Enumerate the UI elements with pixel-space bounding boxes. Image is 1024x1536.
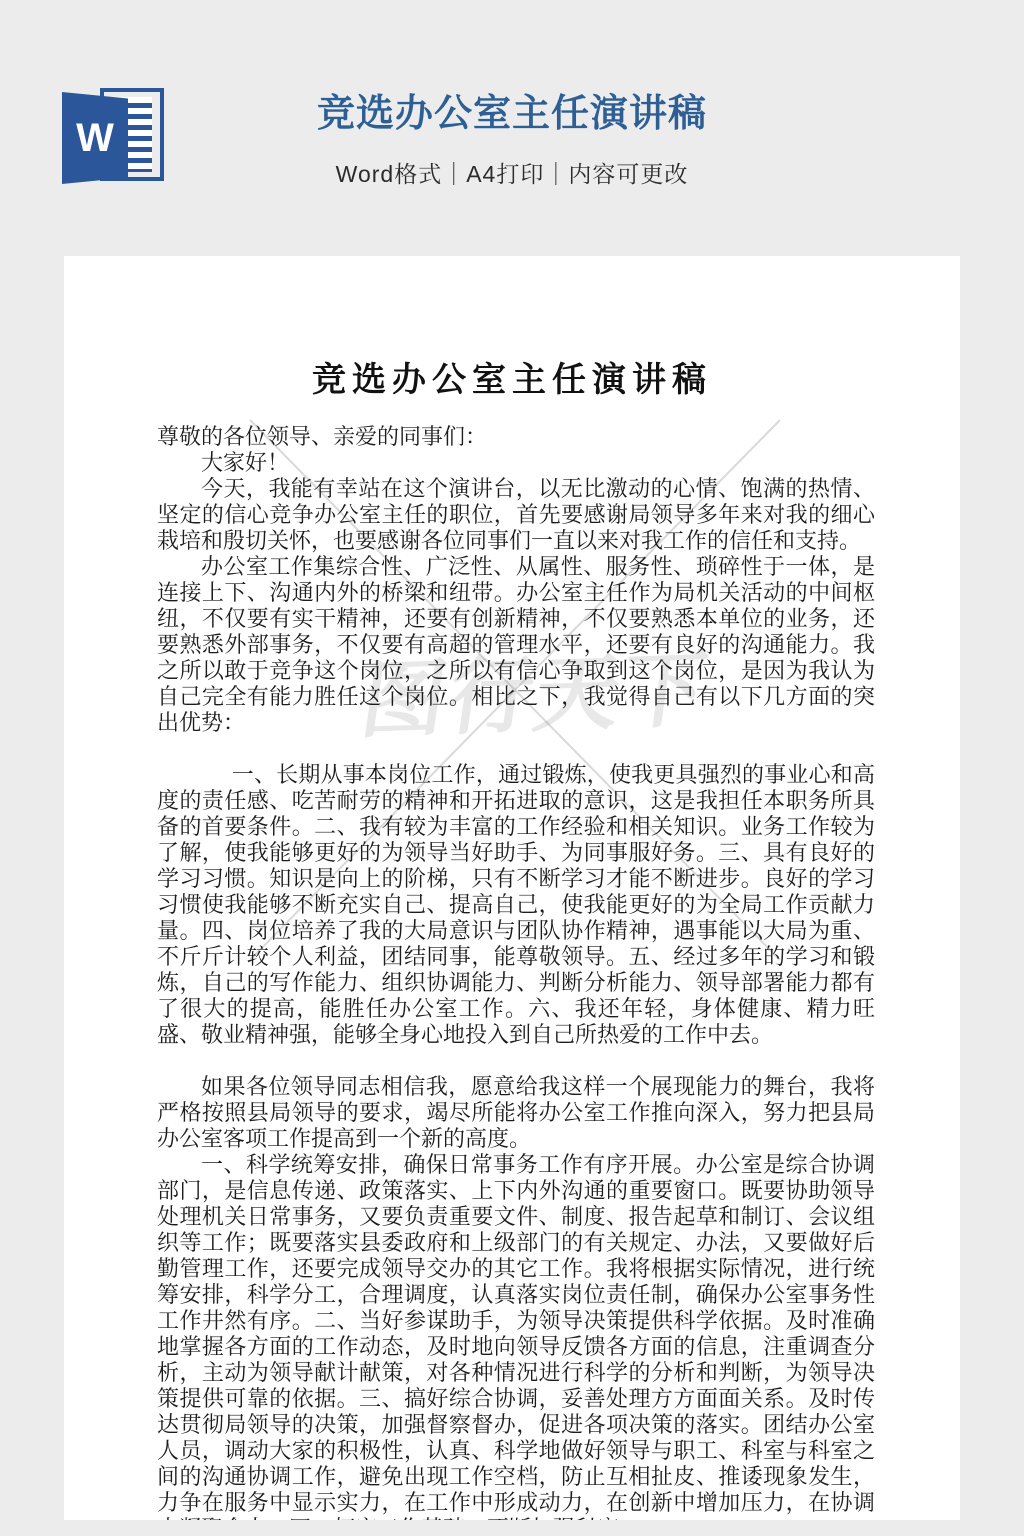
paragraph-salutation: 尊敬的各位领导、亲爱的同事们：	[157, 425, 875, 451]
document-page: 图行天下 竞选办公室主任演讲稿 尊敬的各位领导、亲爱的同事们： 大家好！ 今天，…	[64, 256, 960, 1520]
paragraph-work-plan: 一、科学统筹安排，确保日常事务工作有序开展。办公室是综合协调部门，是信息传递、政…	[157, 1153, 875, 1520]
paragraph-advantages: 一、长期从事本岗位工作，通过锻炼，使我更具强烈的事业心和高度的责任感、吃苦耐劳的…	[157, 763, 875, 1049]
paragraph-commitment: 如果各位领导同志相信我，愿意给我这样一个展现能力的舞台，我将严格按照县局领导的要…	[157, 1075, 875, 1153]
page-title: 竞选办公室主任演讲稿	[0, 92, 1024, 138]
paragraph-office-role: 办公室工作集综合性、广泛性、从属性、服务性、琐碎性于一体，是连接上下、沟通内外的…	[157, 555, 875, 737]
paragraph-opening: 今天，我能有幸站在这个演讲台，以无比激动的心情、饱满的热情、坚定的信心竞争办公室…	[157, 477, 875, 555]
page-subtitle: Word格式｜A4打印｜内容可更改	[0, 156, 1024, 189]
document-title: 竞选办公室主任演讲稿	[64, 360, 960, 401]
document-body: 尊敬的各位领导、亲爱的同事们： 大家好！ 今天，我能有幸站在这个演讲台，以无比激…	[64, 425, 960, 1520]
header-text-block: 竞选办公室主任演讲稿 Word格式｜A4打印｜内容可更改	[0, 92, 1024, 189]
paragraph-greeting: 大家好！	[157, 451, 875, 477]
site-header: W 竞选办公室主任演讲稿 Word格式｜A4打印｜内容可更改	[0, 0, 1024, 230]
